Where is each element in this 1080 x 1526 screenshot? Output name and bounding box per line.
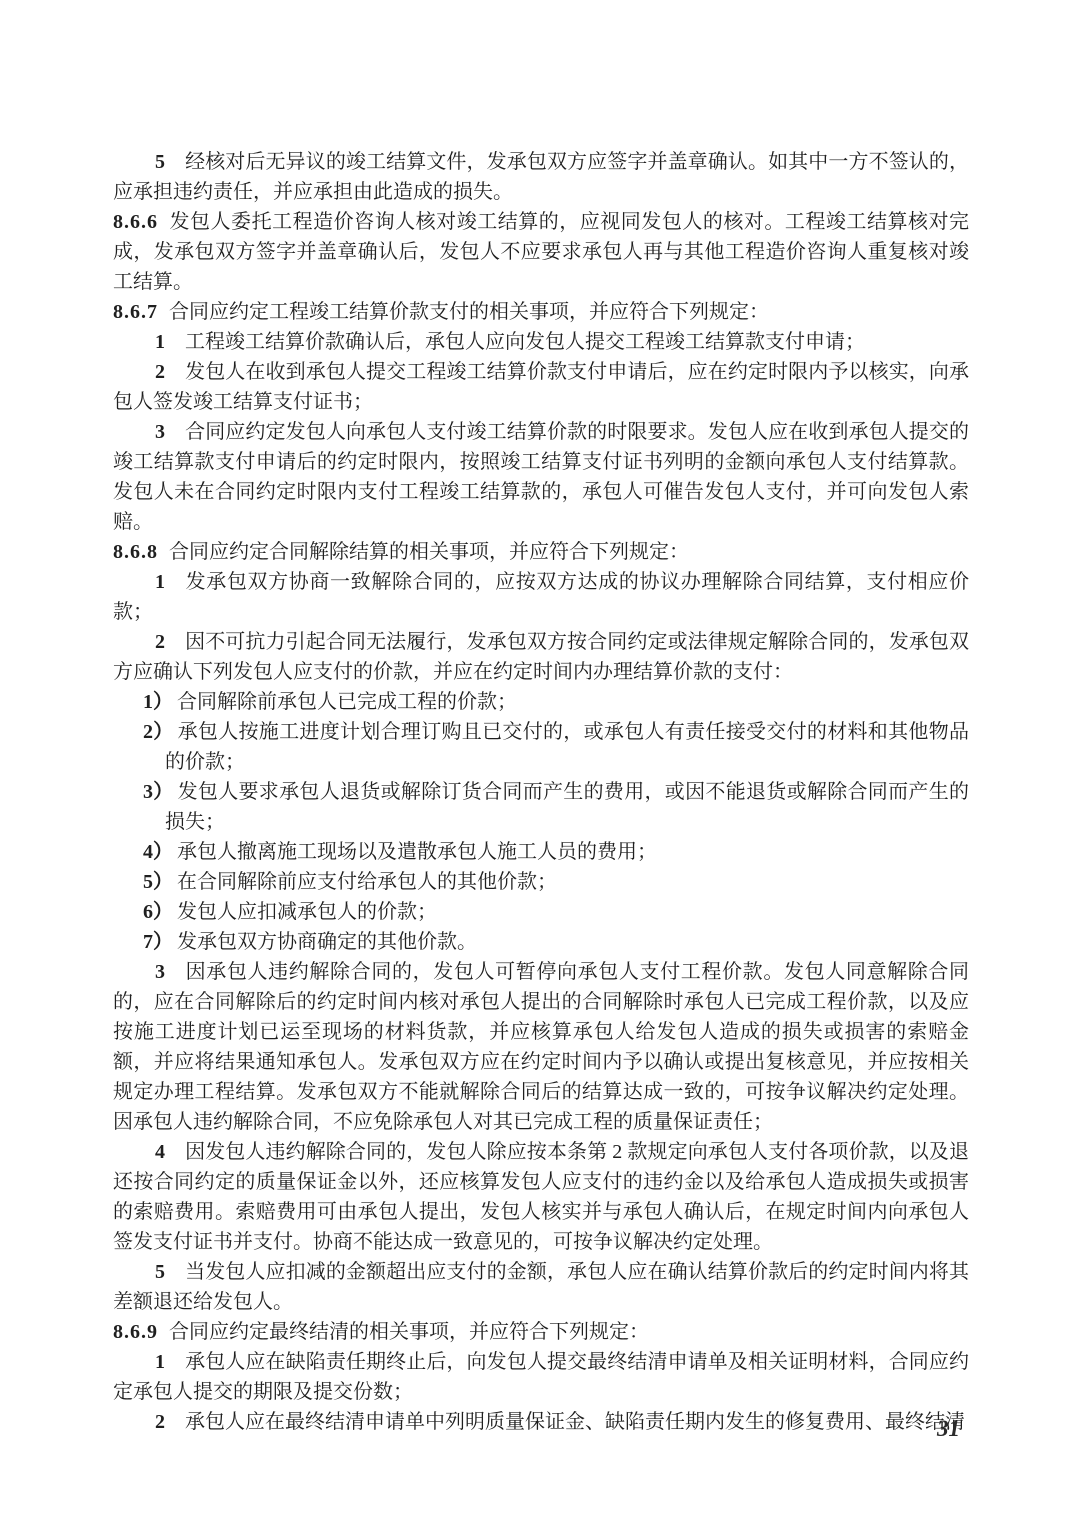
paragraph-number: 7） (143, 931, 173, 953)
page-number: 31 (937, 1414, 960, 1444)
paragraph-number: 6） (143, 901, 173, 923)
paragraph-text: 承包人撤离施工现场以及遣散承包人施工人员的费用； (177, 841, 657, 863)
paragraph-text: 发承包双方协商确定的其他价款。 (177, 931, 477, 953)
paragraph-number: 1 (155, 1351, 165, 1373)
paragraph: 8.6.8合同应约定合同解除结算的相关事项，并应符合下列规定： (113, 537, 969, 567)
paragraph-text: 合同解除前承包人已完成工程的价款； (177, 691, 517, 713)
paragraph: 2承包人应在最终结清申请单中列明质量保证金、缺陷责任期内发生的修复费用、最终结清 (113, 1407, 969, 1437)
paragraph-text: 发包人在收到承包人提交工程竣工结算价款支付申请后，应在约定时限内予以核实，向承包… (113, 361, 969, 413)
paragraph: 7）发承包双方协商确定的其他价款。 (113, 927, 969, 957)
paragraph: 2因不可抗力引起合同无法履行，发承包双方按合同约定或法律规定解除合同的，发承包双… (113, 627, 969, 687)
paragraph-number: 3） (143, 781, 174, 803)
paragraph: 3合同应约定发包人向承包人支付竣工结算价款的时限要求。发包人应在收到承包人提交的… (113, 417, 969, 537)
paragraph-text: 因发包人违约解除合同的，发包人除应按本条第 2 款规定向承包人支付各项价款，以及… (113, 1141, 969, 1253)
paragraph-number: 8.6.8 (113, 541, 158, 563)
paragraph: 1工程竣工结算价款确认后，承包人应向发包人提交工程竣工结算款支付申请； (113, 327, 969, 357)
paragraph-number: 8.6.9 (113, 1321, 158, 1343)
paragraph-text: 当发包人应扣减的金额超出应支付的金额，承包人应在确认结算价款后的约定时间内将其差… (113, 1261, 969, 1313)
paragraph-text: 因不可抗力引起合同无法履行，发承包双方按合同约定或法律规定解除合同的，发承包双方… (113, 631, 969, 683)
paragraph-number: 5） (143, 871, 173, 893)
paragraph-text: 工程竣工结算价款确认后，承包人应向发包人提交工程竣工结算款支付申请； (185, 331, 865, 353)
paragraph: 1发承包双方协商一致解除合同的，应按双方达成的协议办理解除合同结算，支付相应价款… (113, 567, 969, 627)
paragraph: 4）承包人撤离施工现场以及遣散承包人施工人员的费用； (113, 837, 969, 867)
paragraph: 8.6.6发包人委托工程造价咨询人核对竣工结算的，应视同发包人的核对。工程竣工结… (113, 207, 969, 297)
paragraph-number: 1） (143, 691, 173, 713)
paragraph-number: 1 (155, 571, 165, 593)
paragraph-number: 4 (155, 1141, 165, 1163)
paragraph: 3因承包人违约解除合同的，发包人可暂停向承包人支付工程价款。发包人同意解除合同的… (113, 957, 969, 1137)
paragraph: 8.6.7合同应约定工程竣工结算价款支付的相关事项，并应符合下列规定： (113, 297, 969, 327)
paragraph-number: 5 (155, 151, 165, 173)
paragraph: 3）发包人要求承包人退货或解除订货合同而产生的费用，或因不能退货或解除合同而产生… (113, 777, 969, 837)
paragraph: 2）承包人按施工进度计划合理订购且已交付的，或承包人有责任接受交付的材料和其他物… (113, 717, 969, 777)
paragraph-number: 4） (143, 841, 173, 863)
paragraph-text: 经核对后无异议的竣工结算文件，发承包双方应签字并盖章确认。如其中一方不签认的，应… (113, 151, 969, 203)
paragraph: 5当发包人应扣减的金额超出应支付的金额，承包人应在确认结算价款后的约定时间内将其… (113, 1257, 969, 1317)
paragraph: 8.6.9合同应约定最终结清的相关事项，并应符合下列规定： (113, 1317, 969, 1347)
paragraph-text: 发包人应扣减承包人的价款； (177, 901, 437, 923)
paragraph-text: 合同应约定发包人向承包人支付竣工结算价款的时限要求。发包人应在收到承包人提交的竣… (113, 421, 969, 533)
paragraph: 1承包人应在缺陷责任期终止后，向发包人提交最终结清申请单及相关证明材料，合同应约… (113, 1347, 969, 1407)
paragraph: 1）合同解除前承包人已完成工程的价款； (113, 687, 969, 717)
paragraph-text: 合同应约定最终结清的相关事项，并应符合下列规定： (169, 1321, 649, 1343)
paragraph-number: 2 (155, 361, 165, 383)
paragraph-text: 承包人按施工进度计划合理订购且已交付的，或承包人有责任接受交付的材料和其他物品的… (165, 721, 969, 773)
paragraph-text: 合同应约定工程竣工结算价款支付的相关事项，并应符合下列规定： (169, 301, 769, 323)
paragraph-text: 承包人应在缺陷责任期终止后，向发包人提交最终结清申请单及相关证明材料，合同应约定… (113, 1351, 969, 1403)
paragraph-number: 8.6.6 (113, 211, 158, 233)
paragraph-text: 在合同解除前应支付给承包人的其他价款； (177, 871, 557, 893)
paragraph-number: 8.6.7 (113, 301, 158, 323)
paragraph: 5经核对后无异议的竣工结算文件，发承包双方应签字并盖章确认。如其中一方不签认的，… (113, 147, 969, 207)
paragraph-number: 2 (155, 1411, 165, 1433)
paragraph-number: 1 (155, 331, 165, 353)
paragraph: 6）发包人应扣减承包人的价款； (113, 897, 969, 927)
paragraph: 2发包人在收到承包人提交工程竣工结算价款支付申请后，应在约定时限内予以核实，向承… (113, 357, 969, 417)
paragraph: 5）在合同解除前应支付给承包人的其他价款； (113, 867, 969, 897)
paragraph-text: 发包人委托工程造价咨询人核对竣工结算的，应视同发包人的核对。工程竣工结算核对完成… (113, 211, 969, 293)
paragraph-number: 3 (155, 421, 165, 443)
paragraph-text: 因承包人违约解除合同的，发包人可暂停向承包人支付工程价款。发包人同意解除合同的，… (113, 961, 969, 1133)
paragraph-text: 发包人要求承包人退货或解除订货合同而产生的费用，或因不能退货或解除合同而产生的损… (165, 781, 969, 833)
document-body: 5经核对后无异议的竣工结算文件，发承包双方应签字并盖章确认。如其中一方不签认的，… (113, 147, 969, 1437)
paragraph-number: 5 (155, 1261, 165, 1283)
paragraph-number: 2） (143, 721, 174, 743)
paragraph-text: 承包人应在最终结清申请单中列明质量保证金、缺陷责任期内发生的修复费用、最终结清 (185, 1411, 965, 1433)
paragraph-number: 2 (155, 631, 165, 653)
paragraph-number: 3 (155, 961, 165, 983)
paragraph-text: 合同应约定合同解除结算的相关事项，并应符合下列规定： (169, 541, 689, 563)
document-page: 5经核对后无异议的竣工结算文件，发承包双方应签字并盖章确认。如其中一方不签认的，… (0, 0, 1080, 1526)
paragraph-text: 发承包双方协商一致解除合同的，应按双方达成的协议办理解除合同结算，支付相应价款； (113, 571, 969, 623)
paragraph: 4因发包人违约解除合同的，发包人除应按本条第 2 款规定向承包人支付各项价款，以… (113, 1137, 969, 1257)
